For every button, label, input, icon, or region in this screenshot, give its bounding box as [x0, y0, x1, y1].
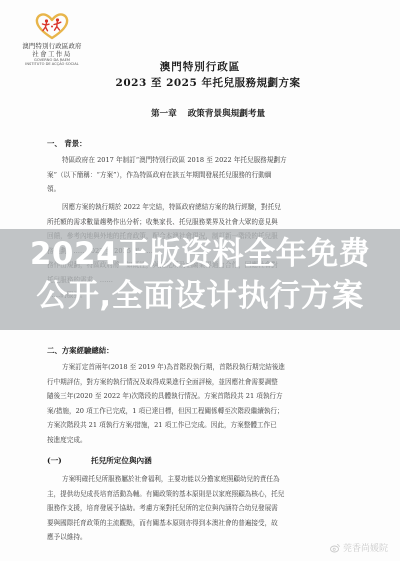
subsection-title: 托兒所定位與內涵 — [91, 456, 152, 465]
text-line: 方案次階段共 21 項執行方案/措施，21 項工作已完成。因此，方案整體工作已 — [47, 418, 349, 433]
text-line: 領。 — [47, 182, 349, 197]
section-heading-background: 一、 背景： — [47, 138, 87, 149]
text-line: 案/措施，20 項工作已完成，1 項已達目標，但因工程關係轉至次階段繼續執行； — [47, 404, 349, 419]
text-line: 因應方案的執行期於 2022 年完結，特區政府總結方案的執行經驗，對托兒 — [47, 200, 349, 215]
text-line: 隨後三年(2020 至 2022 年)次階段的具體執行情況。方案首階段共 21 … — [47, 389, 349, 404]
paragraph-background-1: 特區政府在 2017 年制訂“澳門特別行政區 2018 至 2022 年托兒服務… — [47, 153, 349, 197]
logo-text-bureau: 社會工作局 — [14, 50, 90, 58]
weibo-icon — [330, 543, 340, 553]
logo-text-government: 澳門特別行政區政府 — [14, 42, 90, 50]
text-line: 要與國際托育政策的主流觀點，而有關基本原則亦得到本澳社會的普遍接受，故 — [47, 516, 349, 531]
subsection-number: (一) — [47, 455, 91, 466]
heart-family-logo-icon — [35, 12, 69, 40]
text-line: 主，提供幼兒成長培育活動為輔。有關政策的基本原則是以家庭照顧為核心，托兒 — [47, 487, 349, 502]
section-heading-experience: 二、方案經驗總結： — [47, 345, 114, 356]
promo-headline-line1: 2024正版资料全年免费 — [0, 236, 400, 272]
text-line: 應予以維持。 — [47, 530, 349, 545]
document-title-plan: 2023 至 2025 年托兒服務規劃方案 — [0, 75, 400, 90]
paragraph-positioning: 方案明確托兒所服務屬於社會福利，主要功能以分擔家庭照顧幼兒的責任為 主，提供幼兒… — [47, 472, 349, 545]
document-title-region: 澳門特別行政區 — [0, 59, 400, 74]
text-line: 案”（以下簡稱：“方案”），作為特區政府在該五年期間發展托兒服務的行動綱 — [47, 168, 349, 183]
source-watermark: 莞香尚媛院 — [330, 541, 388, 554]
subsection-heading-positioning: (一)托兒所定位與內涵 — [47, 455, 152, 466]
chapter-heading: 第一章 政策背景與規劃考量 — [0, 107, 400, 119]
paragraph-experience: 方案訂定首兩年(2018 至 2019 年)為首階段執行期，首階段執行期完結後進… — [47, 360, 349, 448]
promo-headline-line2: 公开,全面设计执行方案 — [0, 278, 400, 314]
text-line: 按進度完成。 — [47, 433, 349, 448]
document-page: 澳門特別行政區政府 社會工作局 GOVERNO DA RAEM INSTITUT… — [0, 0, 400, 561]
text-line: 服務作支援，培育發展予協助。考慮方案對托兒所的定位與內涵符合幼兒發展需 — [47, 501, 349, 516]
text-line: 方案明確托兒所服務屬於社會福利，主要功能以分擔家庭照顧幼兒的責任為 — [47, 472, 349, 487]
text-line: 特區政府在 2017 年制訂“澳門特別行政區 2018 至 2022 年托兒服務… — [47, 153, 349, 168]
text-line: 方案訂定首兩年(2018 至 2019 年)為首階段執行期，首階段執行期完結後進 — [47, 360, 349, 375]
watermark-text: 莞香尚媛院 — [343, 541, 388, 554]
text-line: 行中期評估，對方案的執行情況及取得成果進行全面評檢，並因應社會需要調整 — [47, 375, 349, 390]
text-line: 所托額的需求數量趨勢作出分析；收集家長、托兒服務業界及社會大眾的意見與 — [47, 215, 349, 230]
